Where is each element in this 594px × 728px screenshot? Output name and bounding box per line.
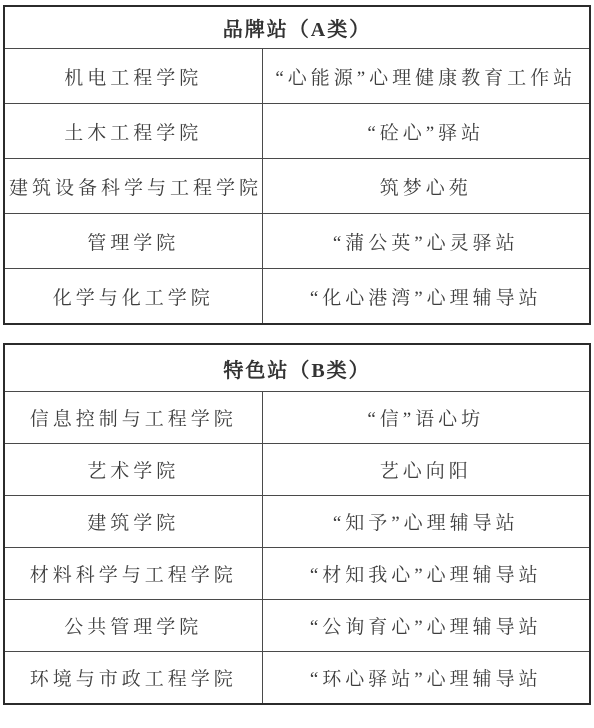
table-header-row: 特色站（B类） [4,344,590,392]
college-cell: 建筑设备科学与工程学院 [4,159,262,214]
station-cell: “信”语心坊 [262,392,590,444]
table-b-title: 特色站（B类） [4,344,590,392]
table-row: 管理学院 “蒲公英”心灵驿站 [4,214,590,269]
table-row: 信息控制与工程学院 “信”语心坊 [4,392,590,444]
college-cell: 艺术学院 [4,444,262,496]
brand-stations-table: 品牌站（A类） 机电工程学院 “心能源”心理健康教育工作站 土木工程学院 “砼心… [3,5,591,325]
table-row: 公共管理学院 “公询育心”心理辅导站 [4,600,590,652]
featured-stations-table: 特色站（B类） 信息控制与工程学院 “信”语心坊 艺术学院 艺心向阳 建筑学院 … [3,343,591,705]
station-cell: “环心驿站”心理辅导站 [262,652,590,705]
station-cell: “知予”心理辅导站 [262,496,590,548]
college-cell: 材料科学与工程学院 [4,548,262,600]
table-row: 环境与市政工程学院 “环心驿站”心理辅导站 [4,652,590,705]
table-row: 化学与化工学院 “化心港湾”心理辅导站 [4,269,590,325]
station-cell: “蒲公英”心灵驿站 [262,214,590,269]
table-row: 建筑学院 “知予”心理辅导站 [4,496,590,548]
table-row: 艺术学院 艺心向阳 [4,444,590,496]
table-row: 建筑设备科学与工程学院 筑梦心苑 [4,159,590,214]
station-cell: “化心港湾”心理辅导站 [262,269,590,325]
college-cell: 化学与化工学院 [4,269,262,325]
table-a-title: 品牌站（A类） [4,6,590,49]
college-cell: 公共管理学院 [4,600,262,652]
college-cell: 信息控制与工程学院 [4,392,262,444]
college-cell: 环境与市政工程学院 [4,652,262,705]
college-cell: 机电工程学院 [4,49,262,104]
station-cell: “材知我心”心理辅导站 [262,548,590,600]
station-cell: 艺心向阳 [262,444,590,496]
college-cell: 管理学院 [4,214,262,269]
table-row: 机电工程学院 “心能源”心理健康教育工作站 [4,49,590,104]
table-header-row: 品牌站（A类） [4,6,590,49]
station-cell: 筑梦心苑 [262,159,590,214]
station-cell: “心能源”心理健康教育工作站 [262,49,590,104]
station-cell: “公询育心”心理辅导站 [262,600,590,652]
table-row: 材料科学与工程学院 “材知我心”心理辅导站 [4,548,590,600]
table-row: 土木工程学院 “砼心”驿站 [4,104,590,159]
college-cell: 土木工程学院 [4,104,262,159]
document-page: 品牌站（A类） 机电工程学院 “心能源”心理健康教育工作站 土木工程学院 “砼心… [0,0,594,728]
college-cell: 建筑学院 [4,496,262,548]
station-cell: “砼心”驿站 [262,104,590,159]
